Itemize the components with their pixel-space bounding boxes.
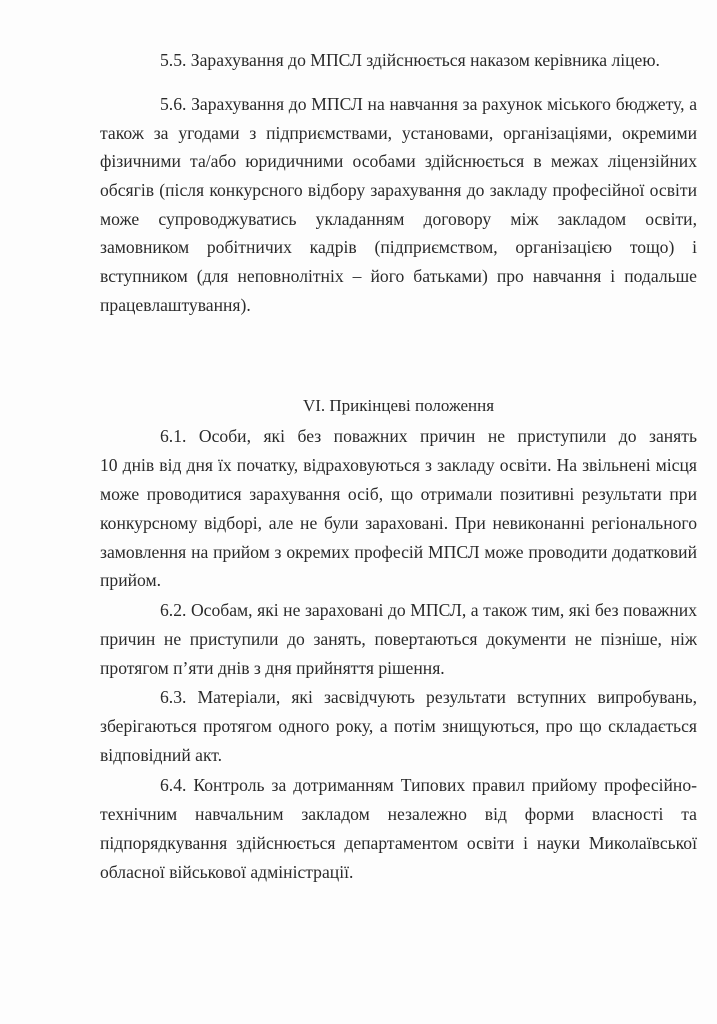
paragraph-6-1-line-4: конкурсному відборі, але не були зарахов… — [100, 509, 697, 537]
paragraph-5-6-line-3: фізичними та/або юридичними особами здій… — [100, 147, 697, 175]
paragraph-6-1-line-5: замовлення на прийом з окремих професій … — [100, 538, 697, 566]
paragraph-6-1-line-6: прийом. — [100, 566, 161, 594]
paragraph-6-1-line-2: 10 днів від дня їх початку, відраховують… — [100, 451, 697, 479]
paragraph-6-2-line-2: причин не приступили до занять, повертаю… — [100, 625, 697, 653]
paragraph-6-4-line-2: технічним навчальним закладом незалежно … — [100, 800, 697, 828]
paragraph-5-6-line-1: 5.6. Зарахування до МПСЛ на навчання за … — [160, 90, 697, 118]
chapter-heading: VI. Прикінцеві положення — [100, 392, 697, 420]
paragraph-6-4-line-3: підпорядкування здійснюється департамент… — [100, 829, 697, 857]
paragraph-6-3-line-2: зберігаються протягом одного року, а пот… — [100, 712, 697, 740]
paragraph-5-5-line-1: 5.5. Зарахування до МПСЛ здійснюється на… — [160, 46, 660, 74]
paragraph-6-3-line-3: відповідний акт. — [100, 741, 222, 769]
paragraph-5-6-line-6: замовником робітничих кадрів (підприємст… — [100, 233, 697, 261]
paragraph-6-3-line-1: 6.3. Матеріали, які засвідчують результа… — [160, 683, 697, 711]
paragraph-6-4-line-1: 6.4. Контроль за дотриманням Типових пра… — [160, 771, 697, 799]
paragraph-6-1-line-1: 6.1. Особи, які без поважних причин не п… — [160, 422, 697, 450]
paragraph-6-1-line-3: може проводитися зарахування осіб, що от… — [100, 480, 697, 508]
paragraph-5-6-line-4: обсягів (після конкурсного відбору зарах… — [100, 176, 697, 204]
paragraph-5-6-line-7: вступником (для неповнолітніх – його бат… — [100, 262, 697, 290]
paragraph-6-2-line-1: 6.2. Особам, які не зараховані до МПСЛ, … — [160, 596, 697, 624]
paragraph-6-4-line-4: обласної військової адміністрації. — [100, 858, 353, 886]
paragraph-6-2-line-3: протягом п’яти днів з дня прийняття ріше… — [100, 654, 445, 682]
paragraph-5-6-line-8: працевлаштування). — [100, 291, 251, 319]
paragraph-5-6-line-5: може супроводжуватись укладанням договор… — [100, 205, 697, 233]
paragraph-5-6-line-2: також за угодами з підприємствами, устан… — [100, 119, 697, 147]
